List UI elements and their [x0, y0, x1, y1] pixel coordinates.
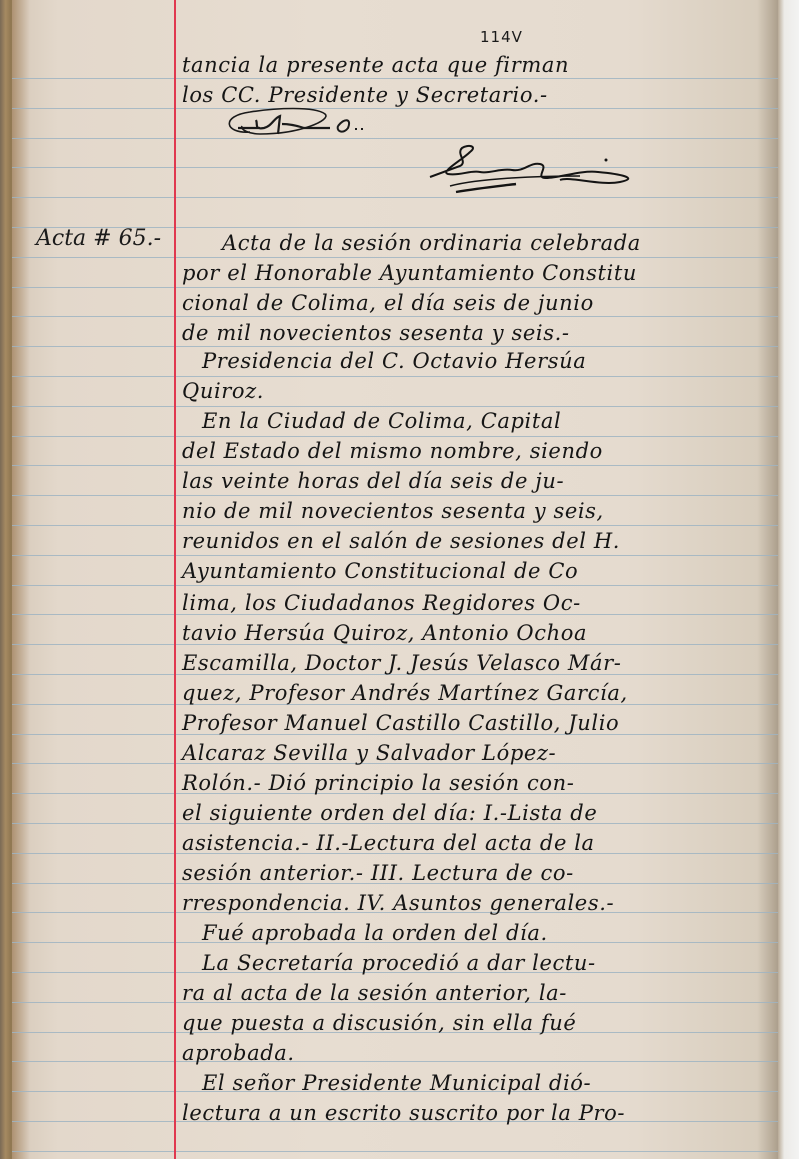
ruled-line	[12, 1151, 780, 1152]
ruled-line	[12, 287, 780, 288]
page-edge-stain	[12, 0, 30, 1159]
ruled-line	[12, 78, 780, 79]
ruled-line	[12, 197, 780, 198]
handwritten-line: lectura a un escrito suscrito por la Pro…	[182, 1100, 772, 1126]
ruled-line	[12, 406, 780, 407]
handwritten-line: Quiroz.	[182, 378, 772, 404]
ruled-line	[12, 495, 780, 496]
ruled-line	[12, 436, 780, 437]
handwritten-line: Escamilla, Doctor J. Jesús Velasco Már-	[182, 650, 772, 676]
handwritten-line: nio de mil novecientos sesenta y seis,	[182, 498, 772, 524]
handwritten-line: Fué aprobada la orden del día.	[202, 920, 780, 946]
handwritten-line: sesión anterior.- III. Lectura de co-	[182, 860, 772, 886]
ruled-line	[12, 525, 780, 526]
handwritten-line: por el Honorable Ayuntamiento Constitu	[182, 260, 772, 286]
ruled-line	[12, 108, 780, 109]
handwritten-line: que puesta a discusión, sin ella fué	[182, 1010, 772, 1036]
ruled-line	[12, 346, 780, 347]
handwritten-line: cional de Colima, el día seis de junio	[182, 290, 772, 316]
handwritten-line: La Secretaría procedió a dar lectu-	[202, 950, 780, 976]
ledger-page: 114V Acta # 65.- tancia la presente acta…	[12, 0, 780, 1159]
handwritten-line: Ayuntamiento Constitucional de Co	[182, 558, 772, 584]
handwritten-line: reunidos en el salón de sesiones del H.	[182, 528, 772, 554]
ruled-line	[12, 138, 780, 139]
handwritten-line: Presidencia del C. Octavio Hersúa	[202, 348, 780, 374]
signature-secretary	[220, 104, 370, 144]
signature-president	[420, 142, 650, 197]
next-page-edge	[778, 0, 799, 1159]
handwritten-line: los CC. Presidente y Secretario.-	[182, 82, 772, 108]
handwritten-line: Acta de la sesión ordinaria celebrada	[222, 230, 780, 256]
handwritten-line: del Estado del mismo nombre, siendo	[182, 438, 772, 464]
ruled-line	[12, 585, 780, 586]
red-margin-line	[174, 0, 176, 1159]
handwritten-line: Alcaraz Sevilla y Salvador López-	[182, 740, 772, 766]
folio-number: 114V	[480, 28, 523, 46]
handwritten-line: lima, los Ciudadanos Regidores Oc-	[182, 590, 772, 616]
handwritten-line: tavio Hersúa Quiroz, Antonio Ochoa	[182, 620, 772, 646]
handwritten-line: tancia la presente acta que firman	[182, 52, 772, 78]
handwritten-line: Rolón.- Dió principio la sesión con-	[182, 770, 772, 796]
handwritten-line: El señor Presidente Municipal dió-	[202, 1070, 780, 1096]
ruled-line	[12, 316, 780, 317]
ruled-line	[12, 555, 780, 556]
ruled-line	[12, 465, 780, 466]
handwritten-line: quez, Profesor Andrés Martínez García,	[182, 680, 772, 706]
handwritten-line: de mil novecientos sesenta y seis.-	[182, 320, 772, 346]
handwritten-line: el siguiente orden del día: I.-Lista de	[182, 800, 772, 826]
handwritten-line: las veinte horas del día seis de ju-	[182, 468, 772, 494]
handwritten-line: En la Ciudad de Colima, Capital	[202, 408, 780, 434]
ruled-line	[12, 167, 780, 168]
handwritten-line: rrespondencia. IV. Asuntos generales.-	[182, 890, 772, 916]
handwritten-line: ra al acta de la sesión anterior, la-	[182, 980, 772, 1006]
handwritten-line: Profesor Manuel Castillo Castillo, Julio	[182, 710, 772, 736]
handwritten-line: asistencia.- II.-Lectura del acta de la	[182, 830, 772, 856]
handwritten-line: aprobada.	[182, 1040, 772, 1066]
acta-number-note: Acta # 65.-	[36, 226, 161, 251]
ruled-line	[12, 257, 780, 258]
ruled-line	[12, 376, 780, 377]
